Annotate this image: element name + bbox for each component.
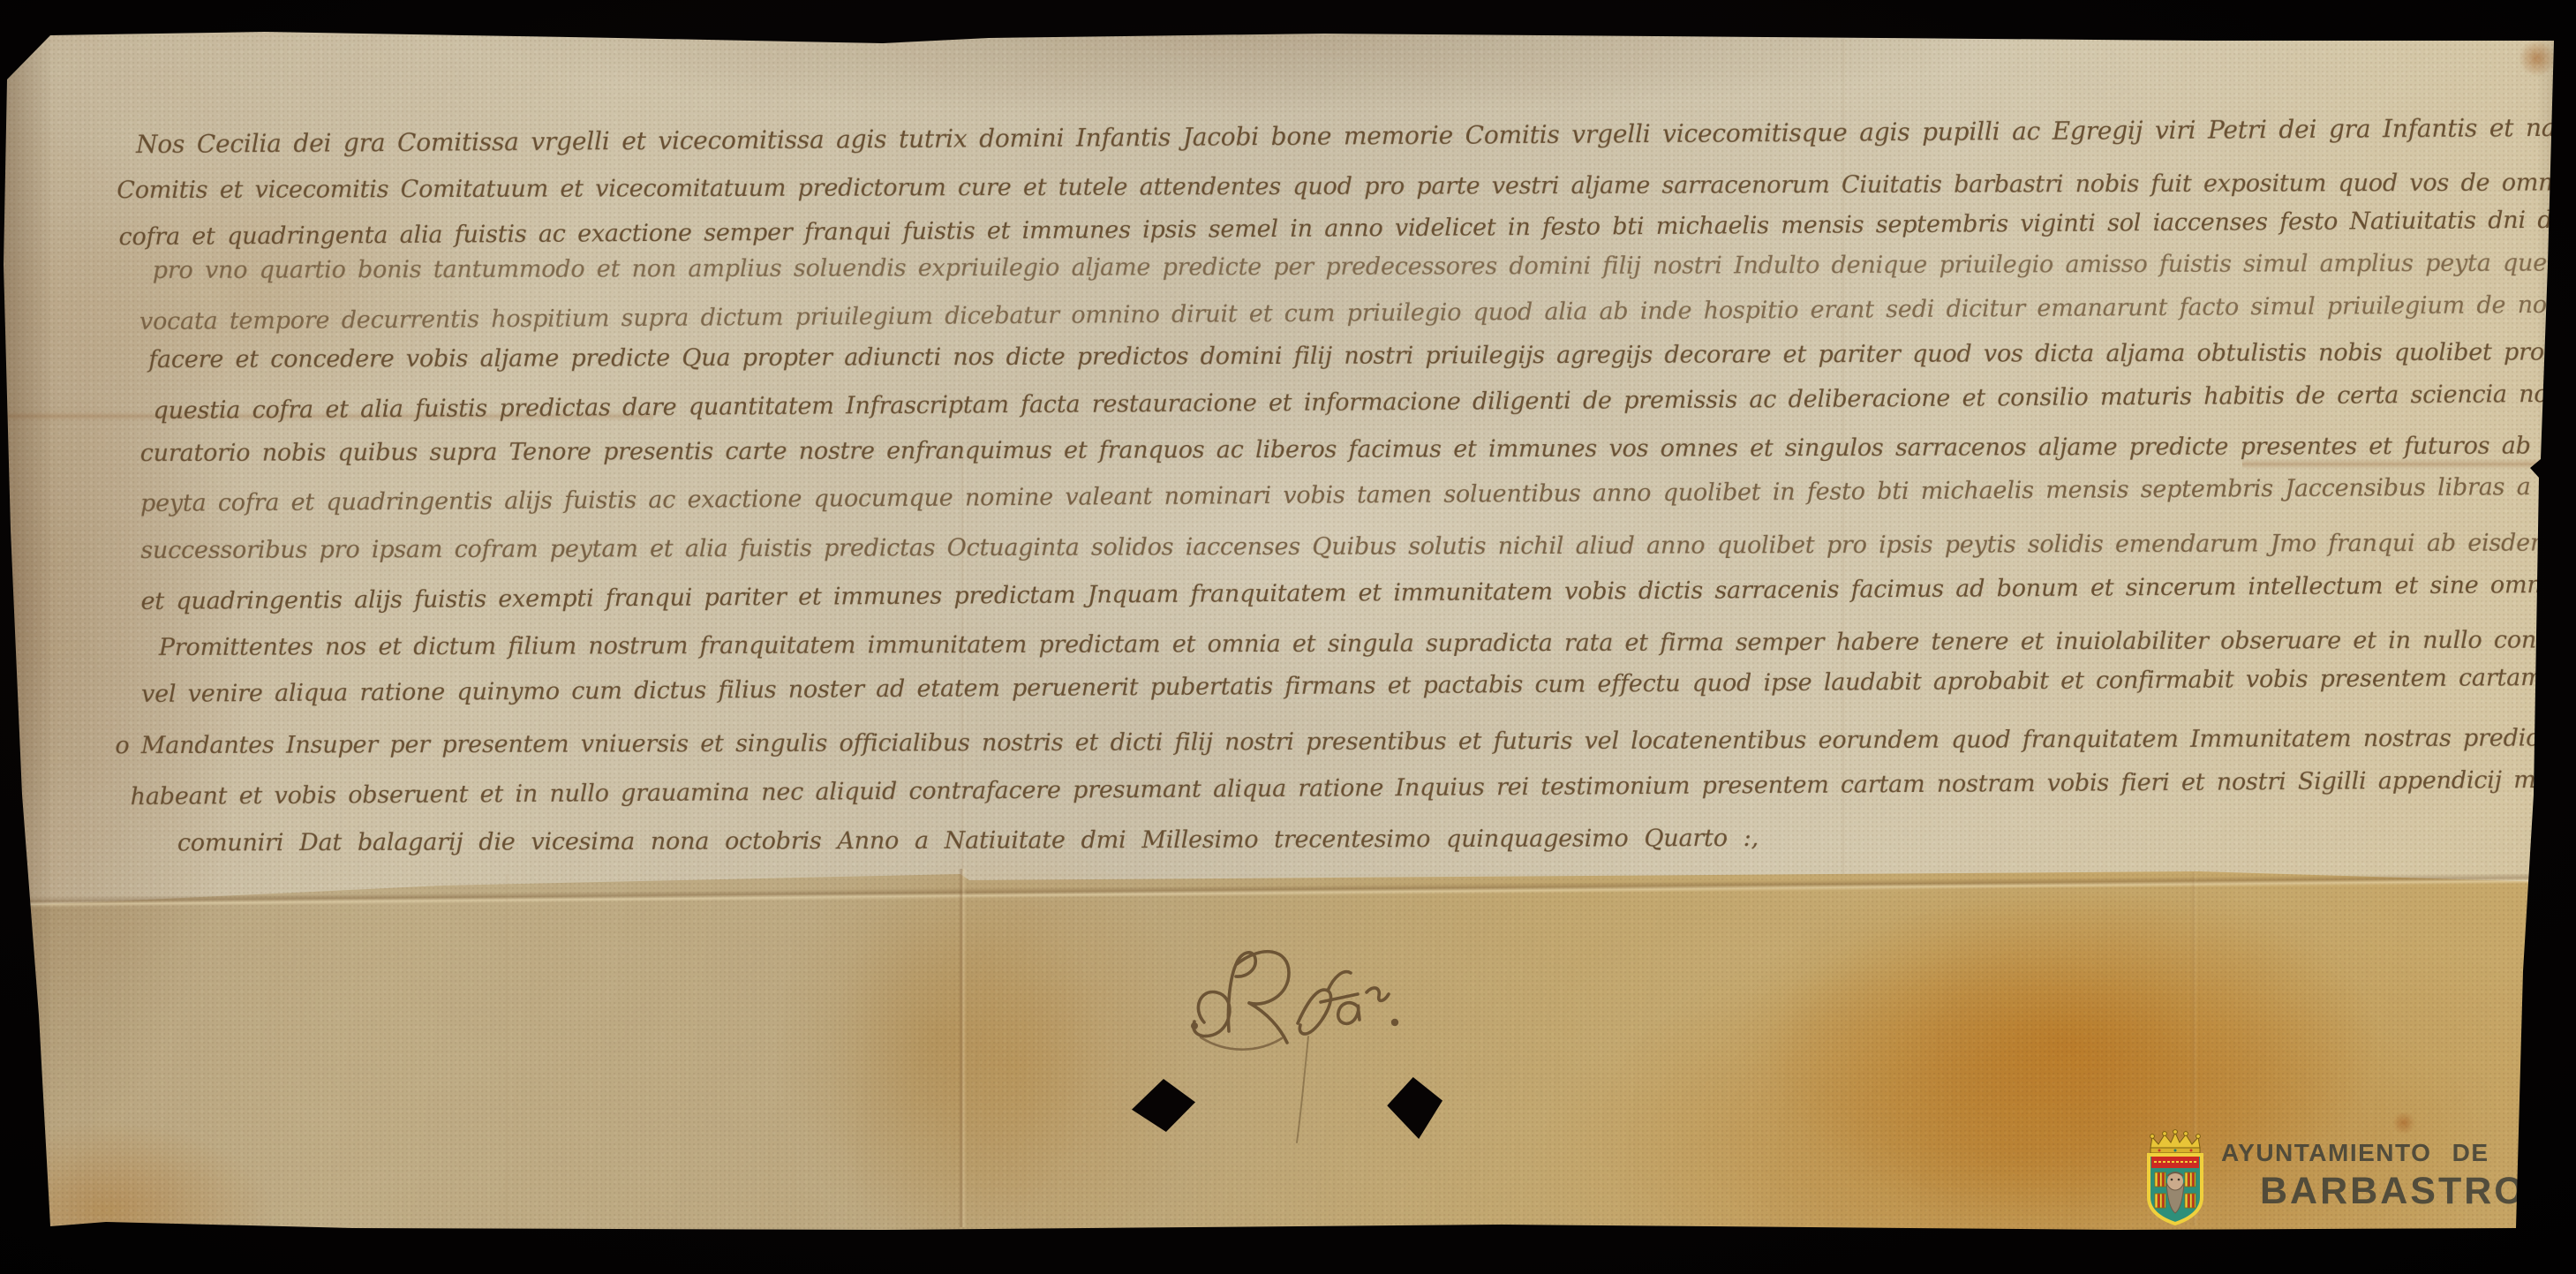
watermark-line2: BARBASTRO [2260, 1170, 2527, 1213]
photo-frame: Nos Cecilia dei gra Comitissa vrgelli et… [0, 0, 2576, 1274]
manuscript-line: pro vno quartio bonis tantummodo et non … [153, 250, 2397, 284]
barbastro-coat-of-arms-icon [2142, 1127, 2209, 1225]
parchment: Nos Cecilia dei gra Comitissa vrgelli et… [0, 0, 2576, 1274]
manuscript-line: peyta cofra et quadringentis alijs fuist… [140, 474, 2398, 517]
manuscript-line: et quadringentis alijs fuistis exempti f… [140, 572, 2398, 615]
manuscript-line: curatorio nobis quibus supra Tenore pres… [140, 433, 2398, 467]
manuscript-dateline: comuniri Dat balagarij die vicesima nona… [177, 825, 1759, 857]
manuscript-line: Comitis et vicecomitis Comitatuum et vic… [117, 170, 2396, 204]
watermark-line1: AYUNTAMIENTO DE [2221, 1139, 2527, 1167]
manuscript-line: successoribus pro ipsam cofram peytam et… [140, 530, 2398, 564]
manuscript-line: cofra et quadringenta alia fuistis ac ex… [118, 207, 2396, 251]
manuscript-line: vocata tempore decurrentis hospitium sup… [139, 292, 2397, 335]
manuscript-line: facere et concedere vobis aljame predict… [148, 339, 2397, 373]
manuscript-text: Nos Cecilia dei gra Comitissa vrgelli et… [0, 0, 2576, 1274]
manuscript-line: habeant et vobis obseruent et in nullo g… [131, 767, 2399, 810]
manuscript-line: o Mandantes Insuper per presentem vniuer… [115, 725, 2399, 759]
manuscript-line: Promittentes nos et dictum filium nostru… [159, 627, 2399, 661]
manuscript-line: vel venire aliqua ratione quinymo cum di… [141, 665, 2399, 708]
manuscript-line: Nos Cecilia dei gra Comitissa vrgelli et… [136, 114, 2396, 159]
municipality-watermark: AYUNTAMIENTO DE BARBASTRO [2142, 1127, 2527, 1225]
manuscript-line: questia cofra et alia fuistis predictas … [153, 381, 2397, 425]
